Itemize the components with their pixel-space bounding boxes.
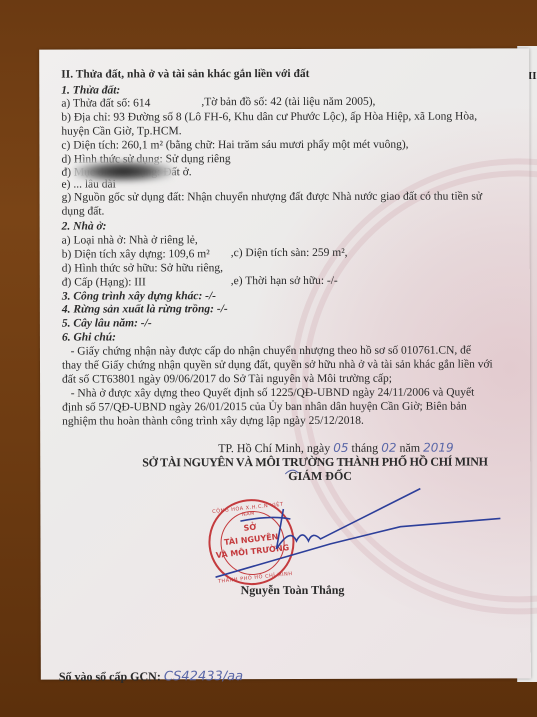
note-line: đất số CT63801 ngày 09/06/2017 do Sở Tài… xyxy=(62,372,392,387)
date-month: 02 xyxy=(381,441,396,455)
address-line-2: huyện Cần Giờ, Tp.HCM. xyxy=(61,124,181,138)
house-grade: đ) Cấp (Hạng): III xyxy=(62,275,146,289)
parcel-number-row: a) Thửa đất số: 614 xyxy=(61,96,150,110)
floor-area: ,c) Diện tích sàn: 259 m², xyxy=(231,247,348,259)
registry-label: Số vào sổ cấp GCN: xyxy=(59,669,161,683)
note-line: - Giấy chứng nhận này được cấp do nhận c… xyxy=(62,344,471,359)
land-area: c) Diện tích: 260,1 m² (bằng chữ: Hai tr… xyxy=(61,138,408,153)
ownership-form: d) Hình thức sở hữu: Sở hữu riêng, xyxy=(62,261,223,275)
house-type: a) Loại nhà ở: Nhà ở riêng lẻ, xyxy=(62,233,198,247)
year-label: năm xyxy=(399,441,420,455)
parcel-number-value: 614 xyxy=(133,97,150,109)
redacted-blur xyxy=(73,160,173,182)
note-line: thay thế Giấy chứng nhận quyền sử dụng đ… xyxy=(62,357,493,372)
map-sheet: ,Tờ bản đồ số: 42 (tài liệu năm 2005), xyxy=(201,96,375,108)
signer-name: Nguyễn Toàn Thắng xyxy=(241,583,345,598)
land-origin-line-2: dụng đất. xyxy=(62,204,105,218)
ownership-term: ,e) Thời hạn sở hữu: -/- xyxy=(231,275,338,287)
house-heading: 2. Nhà ở: xyxy=(62,219,107,233)
built-area: b) Diện tích xây dựng: 109,6 m² xyxy=(62,247,210,261)
month-label: tháng xyxy=(351,441,378,455)
perennial-trees: 5. Cây lâu năm: -/- xyxy=(62,316,152,330)
note-line: nghiệm thu hoàn thành công trình xây dựn… xyxy=(62,414,364,429)
facing-page-section-label: II xyxy=(528,70,537,82)
section-title: II. Thửa đất, nhà ở và tài sản khác gắn … xyxy=(61,67,309,82)
date-day: 05 xyxy=(333,441,348,455)
registry-number: CS42433/aa xyxy=(164,669,243,684)
signer-title: GIÁM ĐỐC xyxy=(288,469,352,484)
note-line: - Nhà ở được xây dựng theo Quyết định số… xyxy=(62,386,474,401)
official-seal: CỘNG HÒA X.H.C.N VIỆT NAM SỞ TÀI NGUYÊN … xyxy=(204,495,299,590)
parcel-number-label: a) Thửa đất số: xyxy=(61,97,130,109)
place-date-prefix: TP. Hồ Chí Minh, ngày xyxy=(218,441,330,455)
certificate-content: II. Thửa đất, nhà ở và tài sản khác gắn … xyxy=(39,48,531,679)
notes-heading: 6. Ghi chú: xyxy=(62,330,116,344)
date-year: 2019 xyxy=(423,441,454,455)
registry-row: Số vào sổ cấp GCN: CS42433/aa xyxy=(59,669,243,684)
address-line-1: b) Địa chỉ: 93 Đường số 8 (Lô FH-6, Khu … xyxy=(61,109,477,124)
note-line: định số 57/QĐ-UBND ngày 26/01/2015 của Ủ… xyxy=(62,400,467,415)
production-forest: 4. Rừng sản xuất là rừng trồng: -/- xyxy=(62,302,228,316)
land-origin-line-1: g) Nguồn gốc sử dụng đất: Nhận chuyển nh… xyxy=(62,189,483,204)
certificate-page: II. Thửa đất, nhà ở và tài sản khác gắn … xyxy=(39,48,531,679)
